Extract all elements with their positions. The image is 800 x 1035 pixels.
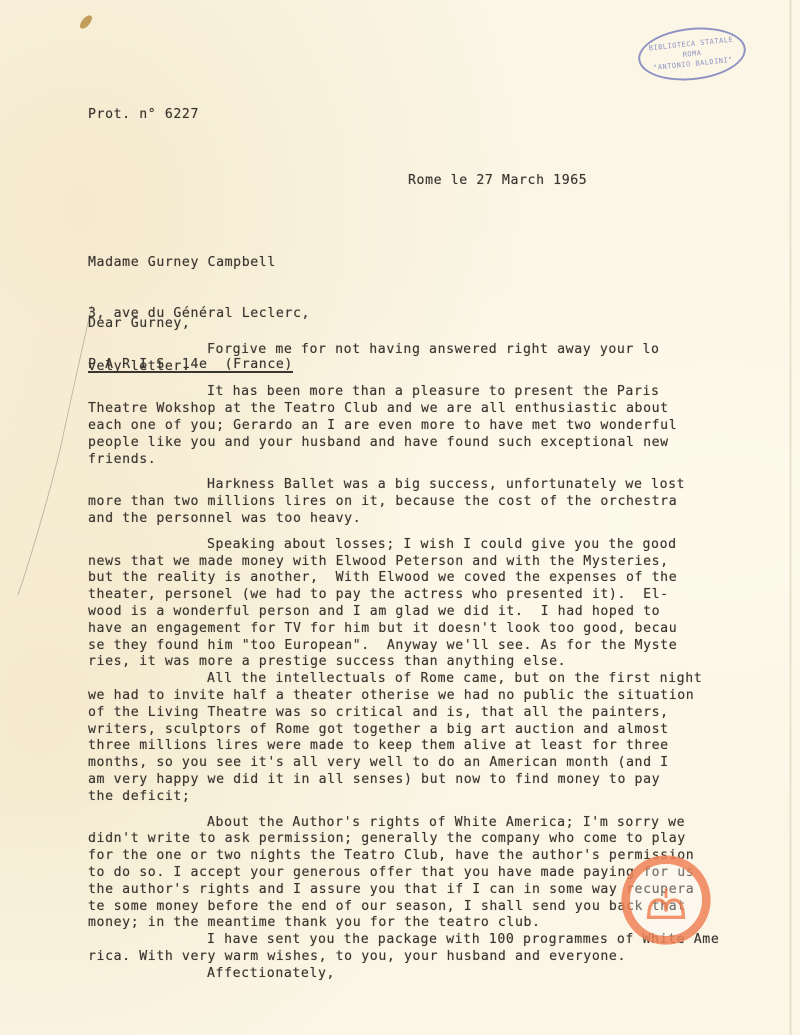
recipient-name: Madame Gurney Campbell xyxy=(88,254,310,271)
text-line: Forgive me for not having answered right… xyxy=(88,342,768,359)
text-line: news that we made money with Elwood Pete… xyxy=(88,554,768,571)
text-line: of the Living Theatre was so critical an… xyxy=(88,705,768,722)
text-line: and the personnel was too heavy. xyxy=(88,511,768,528)
salutation: Dear Gurney, xyxy=(88,316,768,333)
text-line: writers, sculptors of Rome got together … xyxy=(88,722,768,739)
text-line: but the reality is another, With Elwood … xyxy=(88,570,768,587)
paragraph-2: It has been more than a pleasure to pres… xyxy=(88,384,768,468)
text-line: theater, personel (we had to pay the act… xyxy=(88,587,768,604)
text-line: didn't write to ask permission; generall… xyxy=(88,831,768,848)
text-line: the deficit; xyxy=(88,789,768,806)
paragraph-4: Speaking about losses; I wish I could gi… xyxy=(88,537,768,806)
text-line: se they found him "too European". Anyway… xyxy=(88,638,768,655)
text-line: Affectionately, xyxy=(88,966,768,983)
protocol-number: Prot. n° 6227 xyxy=(88,107,199,122)
text-line: rica. With very warm wishes, to you, you… xyxy=(88,949,768,966)
text-line: Theatre Wokshop at the Teatro Club and w… xyxy=(88,401,768,418)
paragraph-3: Harkness Ballet was a big success, unfor… xyxy=(88,477,768,527)
text-line: three millions lires were made to keep t… xyxy=(88,738,768,755)
text-line: All the intellectuals of Rome came, but … xyxy=(88,671,768,688)
text-line: people like you and your husband and hav… xyxy=(88,435,768,452)
text-line: friends. xyxy=(88,452,768,469)
text-line: we had to invite half a theater otherise… xyxy=(88,688,768,705)
text-line: more than two millions lires on it, beca… xyxy=(88,494,768,511)
text-line: Harkness Ballet was a big success, unfor… xyxy=(88,477,768,494)
orange-circle-logo-icon xyxy=(618,852,714,948)
library-stamp: BIBLIOTECA STATALE ROMA "ANTONIO BALDINI… xyxy=(636,22,749,85)
paragraph-1: Forgive me for not having answered right… xyxy=(88,342,768,376)
salutation-text: Dear Gurney, xyxy=(88,316,768,333)
text-line: am very happy we did it in all senses) b… xyxy=(88,772,768,789)
text-line: wood is a wonderful person and I am glad… xyxy=(88,604,768,621)
date-line: Rome le 27 March 1965 xyxy=(408,173,587,188)
text-line: It has been more than a pleasure to pres… xyxy=(88,384,768,401)
ink-stain xyxy=(78,13,94,30)
text-line: Speaking about losses; I wish I could gi… xyxy=(88,537,768,554)
text-line: About the Author's rights of White Ameri… xyxy=(88,815,768,832)
text-line: months, so you see it's all very well to… xyxy=(88,755,768,772)
text-line: ries, it was more a prestige success tha… xyxy=(88,654,768,671)
text-line: each one of you; Gerardo an I are even m… xyxy=(88,418,768,435)
page-edge xyxy=(789,0,792,1035)
text-line: have an engagement for TV for him but it… xyxy=(88,621,768,638)
text-line: vely letter. xyxy=(88,359,768,376)
